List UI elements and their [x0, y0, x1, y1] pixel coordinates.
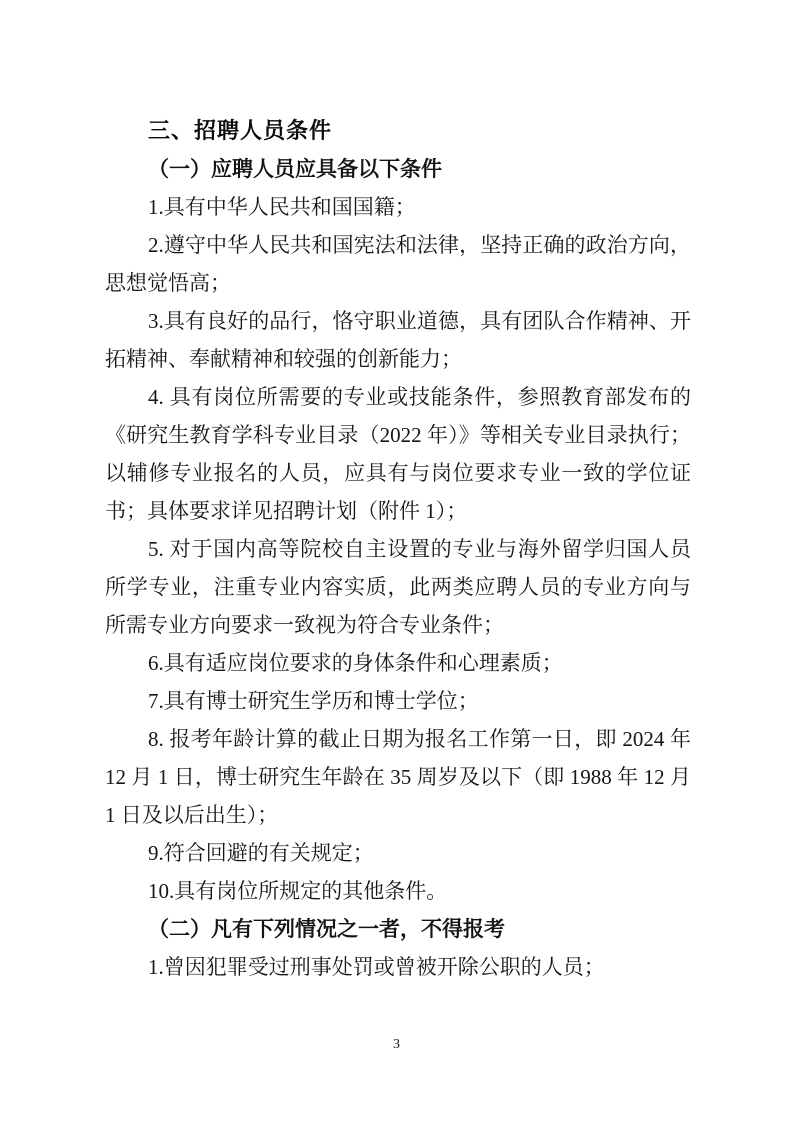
- condition-item-9: 9.符合回避的有关规定；: [105, 834, 691, 872]
- condition-item-7: 7.具有博士研究生学历和博士学位；: [105, 682, 691, 720]
- condition-item-1: 1.具有中华人民共和国国籍；: [105, 188, 691, 226]
- section-heading: 三、招聘人员条件: [105, 112, 691, 150]
- subsection-1-heading: （一）应聘人员应具备以下条件: [105, 150, 691, 188]
- condition-item-6: 6.具有适应岗位要求的身体条件和心理素质；: [105, 644, 691, 682]
- page-number: 3: [0, 1036, 793, 1054]
- condition-item-5: 5. 对于国内高等院校自主设置的专业与海外留学归国人员所学专业，注重专业内容实质…: [105, 530, 691, 644]
- document-page: 三、招聘人员条件 （一）应聘人员应具备以下条件 1.具有中华人民共和国国籍； 2…: [0, 0, 793, 1122]
- condition-item-3: 3.具有良好的品行，恪守职业道德，具有团队合作精神、开拓精神、奉献精神和较强的创…: [105, 302, 691, 378]
- condition-item-8: 8. 报考年龄计算的截止日期为报名工作第一日，即 2024 年 12 月 1 日…: [105, 720, 691, 834]
- document-content: 三、招聘人员条件 （一）应聘人员应具备以下条件 1.具有中华人民共和国国籍； 2…: [105, 112, 691, 986]
- disqualification-item-1: 1.曾因犯罪受过刑事处罚或曾被开除公职的人员；: [105, 948, 691, 986]
- subsection-2-heading: （二）凡有下列情况之一者，不得报考: [105, 910, 691, 948]
- condition-item-4: 4. 具有岗位所需要的专业或技能条件，参照教育部发布的《研究生教育学科专业目录（…: [105, 378, 691, 530]
- condition-item-2: 2.遵守中华人民共和国宪法和法律，坚持正确的政治方向，思想觉悟高；: [105, 226, 691, 302]
- condition-item-10: 10.具有岗位所规定的其他条件。: [105, 872, 691, 910]
